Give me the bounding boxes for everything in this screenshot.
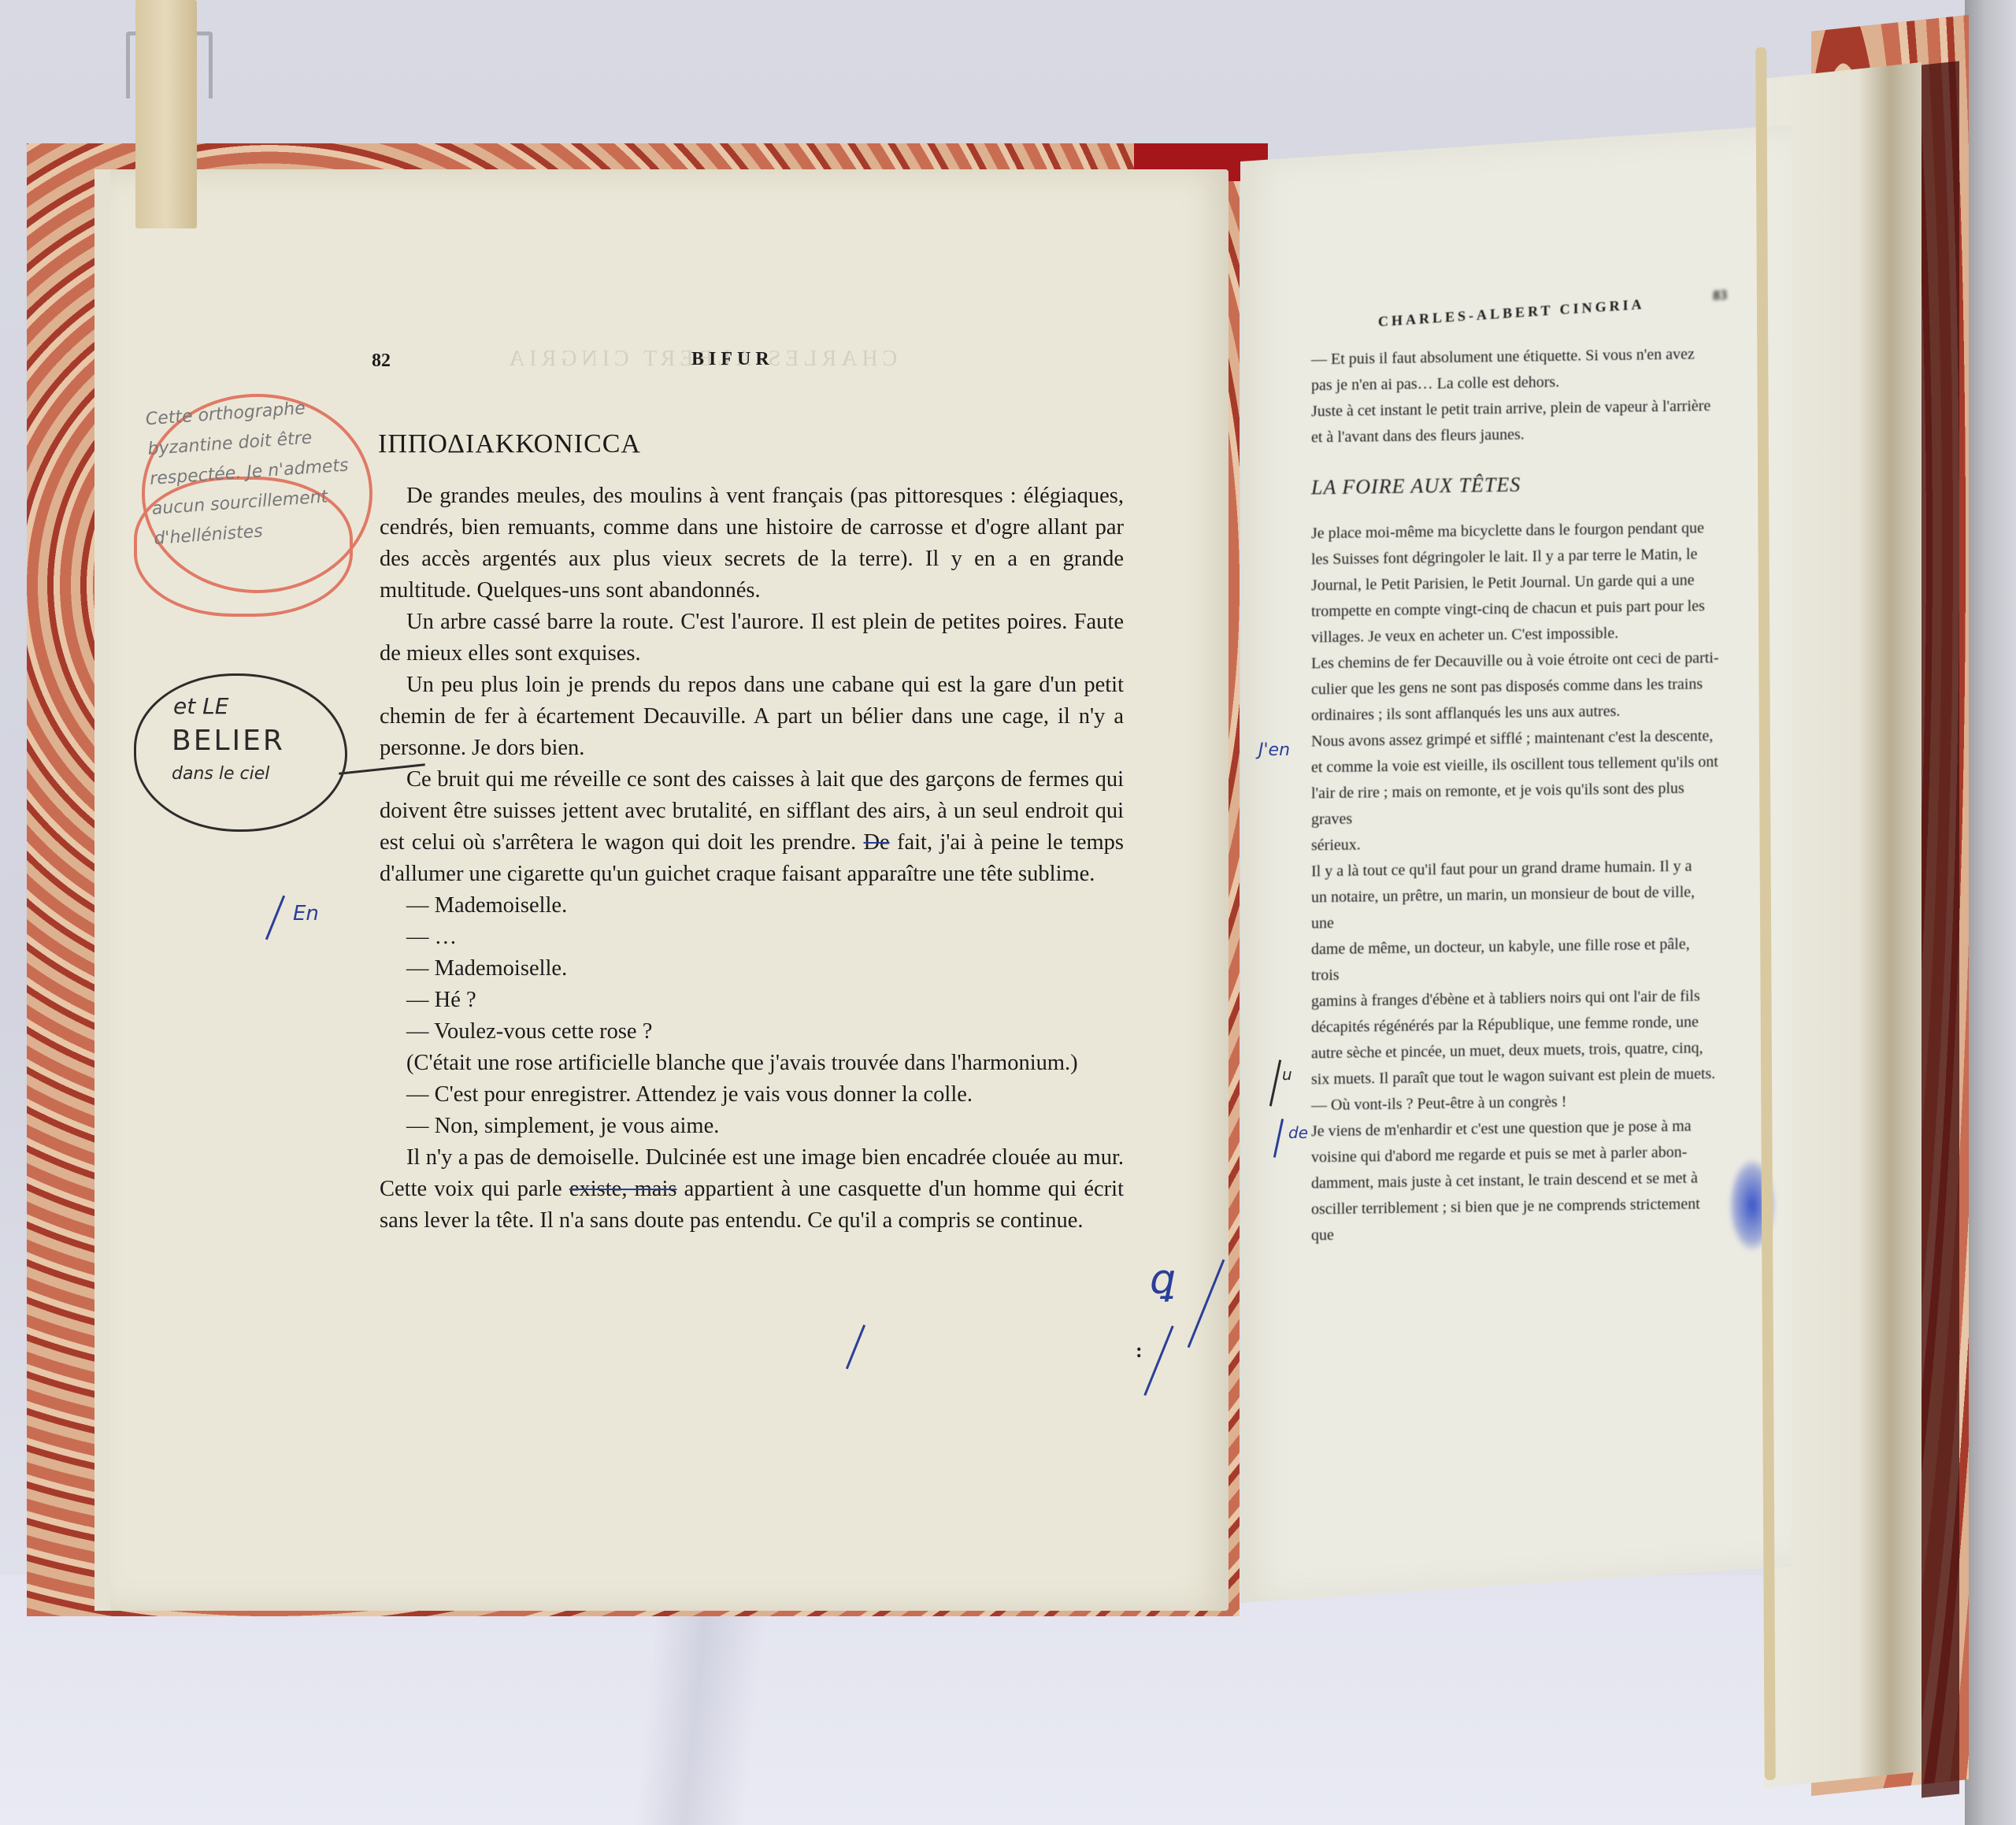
text-line: et à l'avant dans des fleurs jaunes. [1311, 419, 1721, 451]
dialogue-line: — C'est pour enregistrer. Attendez je va… [380, 1079, 1124, 1111]
pencil-marginal-note: Cette orthographe byzantine doit être re… [145, 391, 360, 555]
running-head-right: CHARLES-ALBERT CINGRIA [1378, 296, 1645, 330]
right-page: CHARLES-ALBERT CINGRIA 83 — Et puis il f… [1240, 125, 1792, 1603]
dialogue-line: — Voulez-vous cette rose ? [380, 1016, 1124, 1048]
colon-mark: : [1136, 1339, 1143, 1363]
paragraph: Ce bruit qui me réveille ce sont des cai… [380, 764, 1124, 890]
text-line: un notaire, un prêtre, un marin, un mons… [1311, 879, 1721, 937]
ink-bubble-line: dans le ciel [172, 764, 269, 784]
ink-bubble-line: BELIER [172, 725, 285, 757]
chapter-title: ΙΠΠΟΔΙΑΚΚΟΝΙCCΑ [378, 429, 641, 459]
blue-correction-stroke [846, 1325, 865, 1370]
dialogue-line: — Hé ? [380, 985, 1124, 1016]
margin-correction-jen: J'en [1258, 740, 1290, 760]
paragraph: De grandes meules, des moulins à vent fr… [380, 480, 1124, 606]
dialogue-line: — Non, simplement, je vous aime. [380, 1111, 1124, 1142]
paragraph: (C'était une rose artificielle blanche q… [380, 1048, 1124, 1079]
left-page: CHARLES-ALBERT CINGRIA 82 BIFUR ΙΠΠΟΔΙΑΚ… [110, 169, 1228, 1611]
paragraph: Un arbre cassé barre la route. C'est l'a… [380, 606, 1124, 670]
text-line: l'air de rire ; mais on remonte, et je v… [1311, 775, 1721, 833]
text-line: dame de même, un docteur, un kabyle, une… [1311, 931, 1721, 989]
right-board-edge [1921, 61, 1959, 1797]
right-page-text: — Et puis il faut absolument une étiquet… [1311, 341, 1721, 1248]
dialogue-line: — Mademoiselle. [380, 953, 1124, 985]
section-title: LA FOIRE AUX TÊTES [1311, 469, 1721, 500]
margin-correction-de: de [1288, 1123, 1308, 1142]
blue-margin-correction: En [293, 902, 319, 925]
dialogue-line: — … [380, 922, 1124, 953]
paragraph: Il n'y a pas de demoiselle. Dulcinée est… [380, 1142, 1124, 1237]
blue-correction-stroke [265, 896, 285, 940]
running-head: BIFUR [691, 349, 774, 370]
ink-bubble-line: et LE [173, 693, 228, 719]
dialogue-line: — Mademoiselle. [380, 890, 1124, 922]
text-line: osciller terriblement ; si bien que je n… [1311, 1191, 1721, 1248]
struck-word: De [863, 830, 889, 855]
body-text: De grandes meules, des moulins à vent fr… [380, 480, 1124, 1237]
blue-margin-symbol: ꝗ [1150, 1256, 1176, 1304]
blue-correction-stroke [1188, 1259, 1225, 1348]
margin-correction-u: u [1282, 1065, 1292, 1084]
clothes-peg [135, 0, 197, 228]
struck-words: existe, mais [569, 1177, 677, 1201]
blue-correction-stroke [1143, 1326, 1173, 1396]
paragraph: Un peu plus loin je prends du repos dans… [380, 670, 1124, 764]
page-number-right: 83 [1713, 287, 1727, 304]
page-number: 82 [372, 351, 391, 372]
wall-edge [1965, 0, 2016, 1825]
